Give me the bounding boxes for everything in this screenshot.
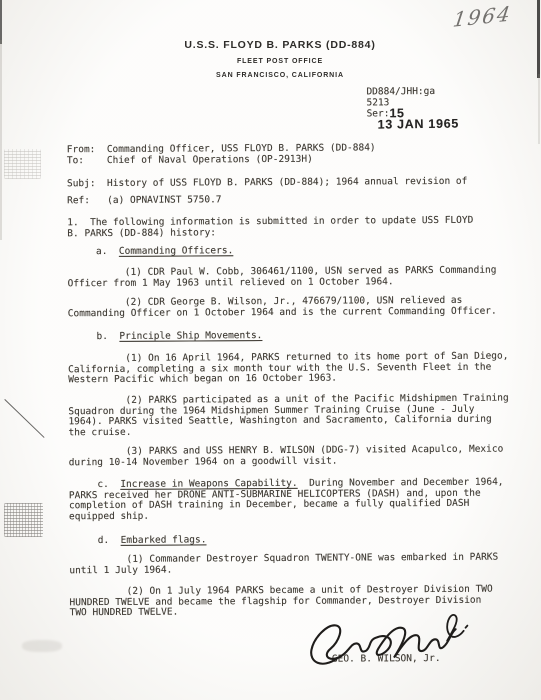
paragraph-1: 1. The following information is submitte… — [67, 216, 473, 239]
section-d-heading-text: Embarked flags. — [121, 534, 207, 546]
subject-line: Subj: History of USS FLOYD B. PARKS (DD-… — [67, 177, 467, 190]
section-a-paragraph-2: (2) CDR George B. Wilson, Jr., 476679/11… — [68, 296, 497, 320]
file-id: DD884/JHH:ga — [366, 86, 435, 97]
section-a-heading: a. Commanding Officers. — [67, 246, 233, 258]
section-d-heading: d. Embarked flags. — [69, 535, 206, 546]
section-b-heading-text: Principle Ship Movements. — [119, 330, 262, 342]
section-b-paragraph-2: (2) PARKS participated as a unit of the … — [68, 394, 509, 439]
section-c-paragraph-rest: PARKS received her DRONE ANTI-SUBMARINE … — [69, 488, 481, 522]
file-reference-block: DD884/JHH:ga 5213 Ser:15 — [366, 87, 435, 120]
from-to-block: From: Commanding Officer, USS FLOYD B. P… — [67, 143, 376, 166]
file-code: 5213 — [366, 97, 389, 108]
typed-letter-body: DD884/JHH:ga 5213 Ser:15 13 JAN 1965 Fro… — [0, 0, 541, 700]
section-b-paragraph-1: (1) On 16 April 1964, PARKS returned to … — [68, 352, 509, 386]
reference-line: Ref: (a) OPNAVINST 5750.7 — [67, 195, 221, 206]
date-stamp: 13 JAN 1965 — [378, 119, 460, 131]
section-a-heading-text: Commanding Officers. — [119, 245, 233, 257]
section-a-paragraph-1: (1) CDR Paul W. Cobb, 306461/1100, USN s… — [67, 266, 496, 290]
scanned-document-page: 1964 U.S.S. FLOYD B. PARKS (DD-884) FLEE… — [0, 0, 541, 700]
section-b-heading: b. Principle Ship Movements. — [68, 331, 263, 343]
section-b-paragraph-3: (3) PARKS and USS HENRY B. WILSON (DDG-7… — [69, 445, 504, 469]
handwritten-signature — [296, 602, 471, 677]
section-d-paragraph-1: (1) Commander Destroyer Squadron TWENTY-… — [69, 553, 498, 577]
